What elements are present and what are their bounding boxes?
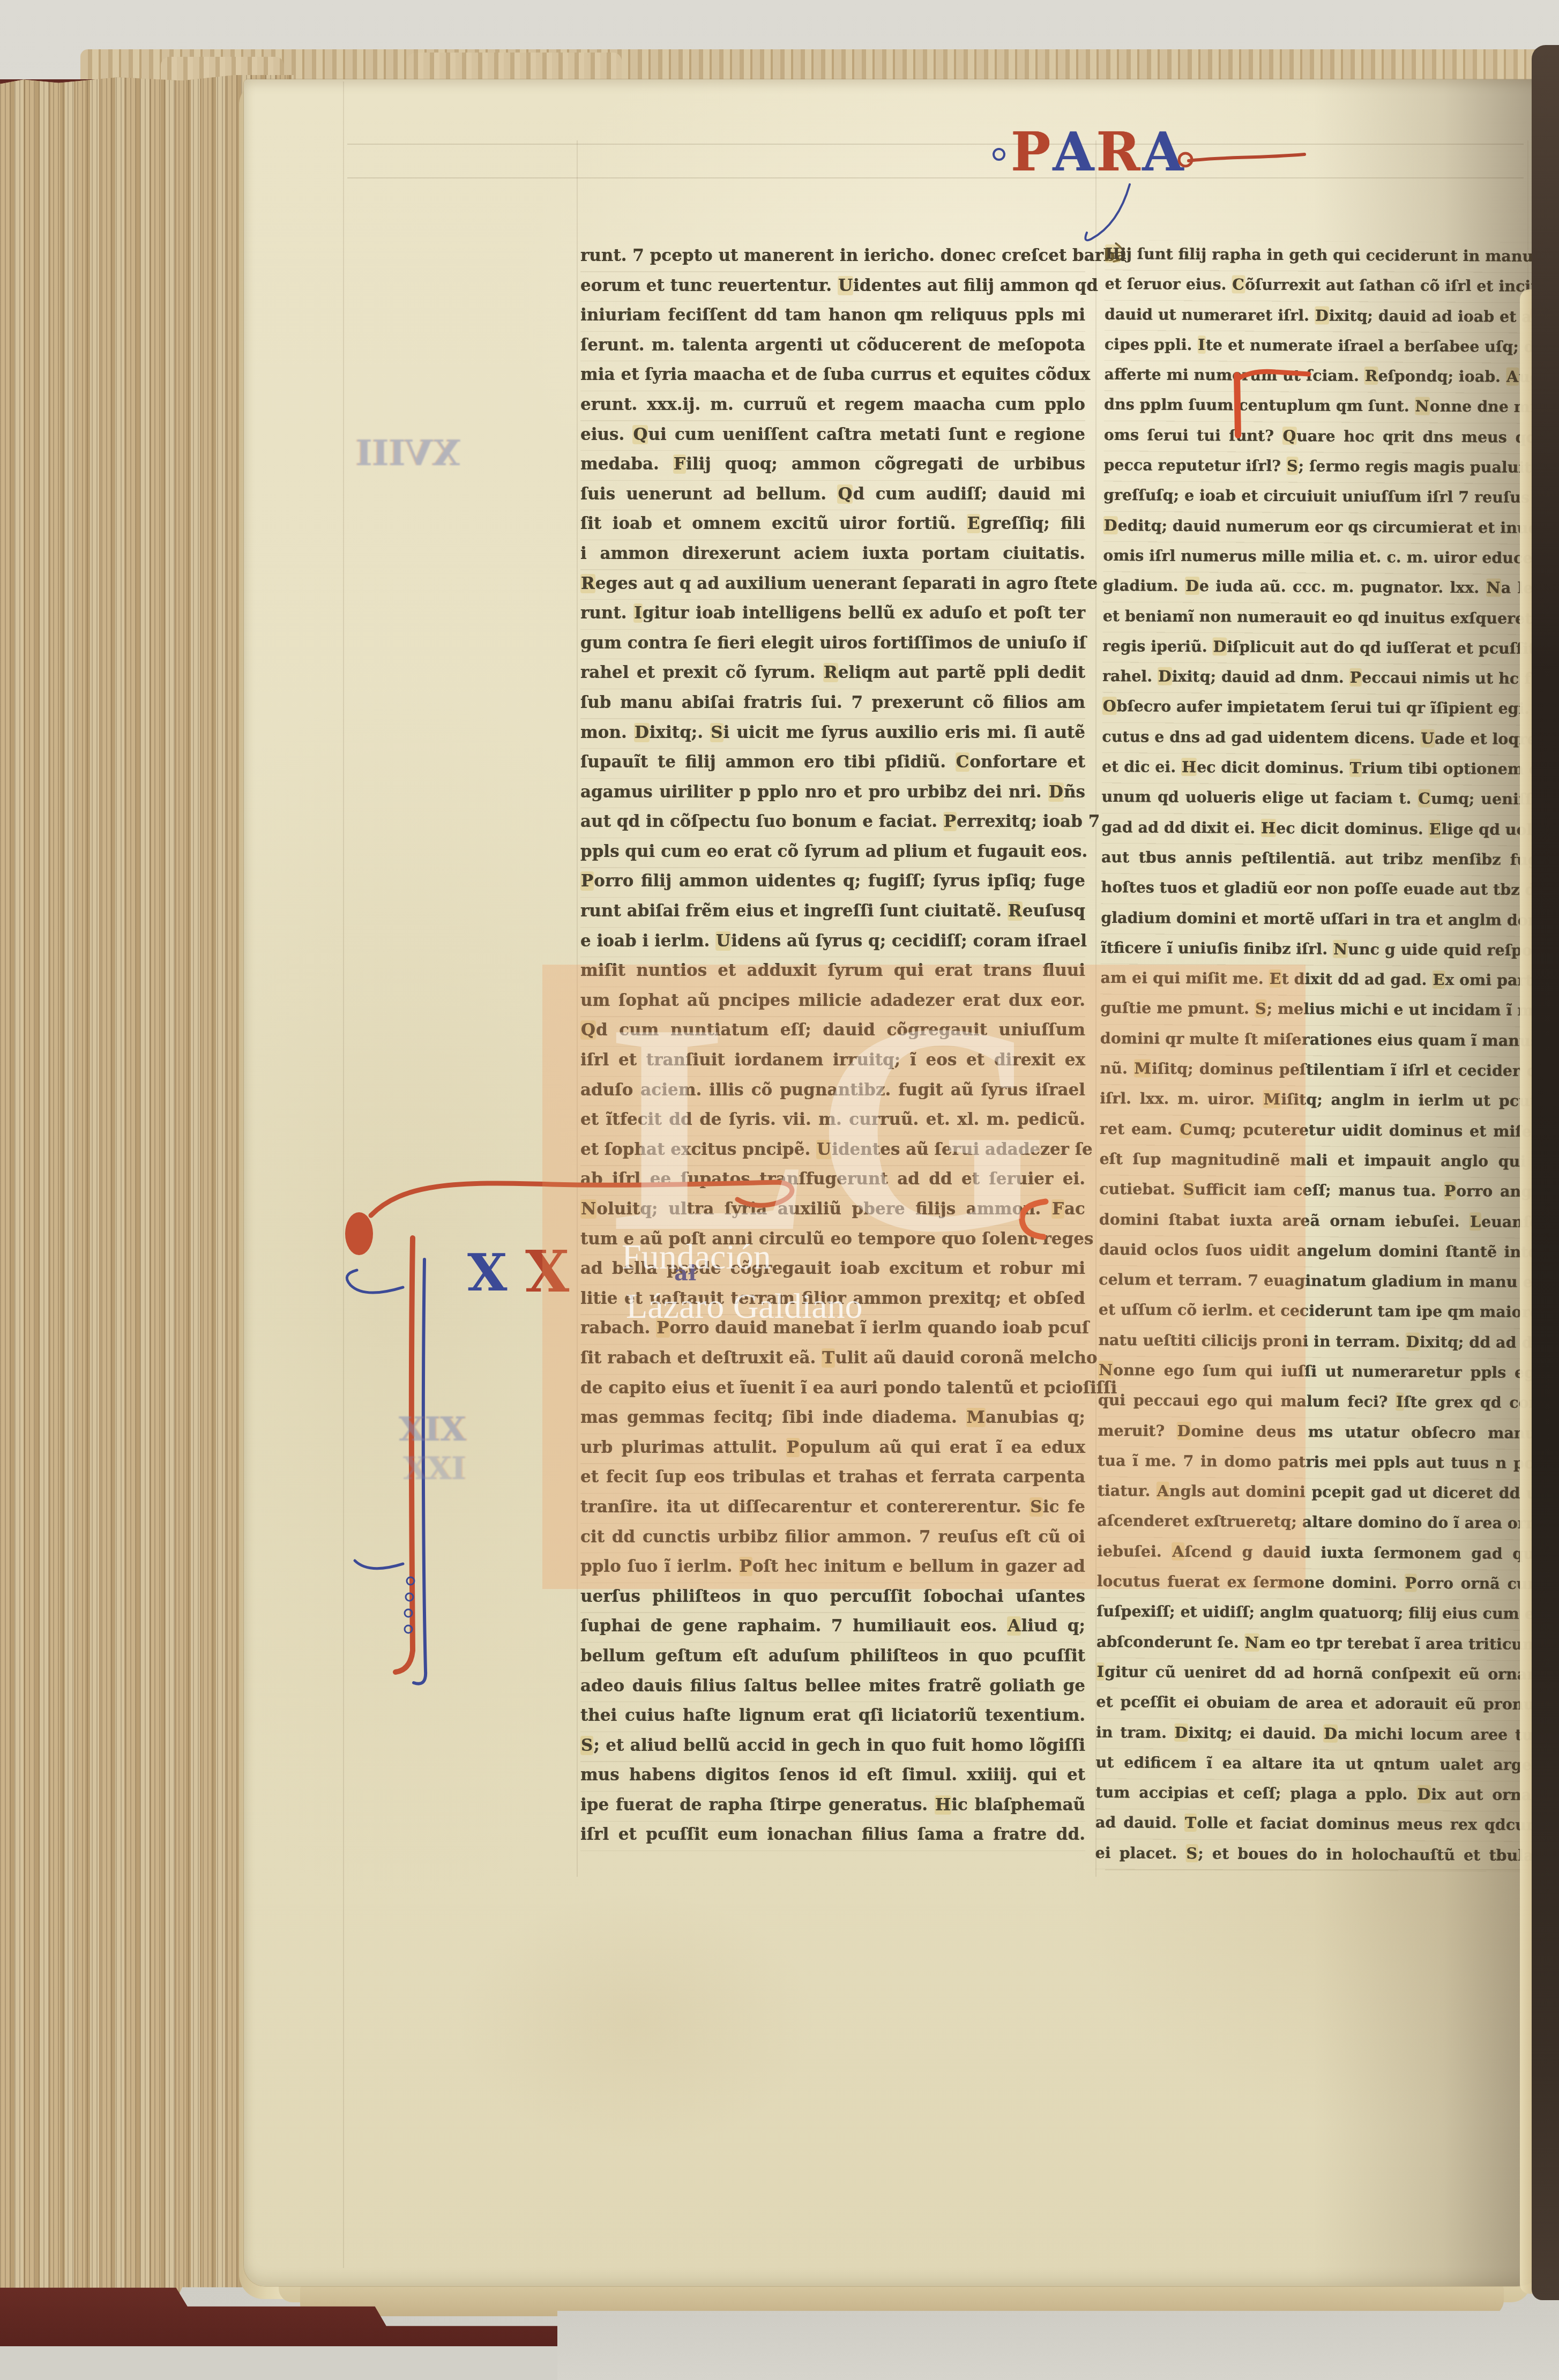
text-line: rahel. Dixitq; dauid ad dnm. Peccaui nim… bbox=[1102, 662, 1549, 695]
text-line: aut qd in cõſpectu ſuo bonum e faciat. P… bbox=[580, 808, 1085, 838]
text-line: ſupauĩt te filij ammon ero tibi pſidiũ. … bbox=[580, 749, 1085, 779]
text-line: mus habens digitos ſenos id eſt ſimul. x… bbox=[580, 1762, 1085, 1792]
text-line: pecca reputetur iſrl? S; ſermo regis mag… bbox=[1103, 451, 1550, 484]
text-line: ad dauid. Tolle et faciat dominus meus r… bbox=[1095, 1809, 1542, 1841]
text-line: Hij ſunt filij rapha in geth qui cecider… bbox=[1105, 240, 1552, 273]
text-line: ſuis uenerunt ad bellum. Qd cum audiſſ; … bbox=[580, 481, 1085, 511]
text-line: Reges aut q ad auxilium uenerant ſeparat… bbox=[580, 570, 1085, 600]
text-line: tum accipias et ceſſ; plaga a pplo. Dix … bbox=[1095, 1779, 1542, 1811]
text-line: mia et ſyria maacha et de ſuba currus et… bbox=[580, 361, 1085, 391]
text-line: et ſeruor eius. Cõſurrexit aut ſathan cõ… bbox=[1105, 270, 1551, 303]
text-line: ſuſpexiſſ; et uidiſſ; anglm quatuorq; fi… bbox=[1096, 1598, 1543, 1630]
text-line: runt abiſai frẽm eius et ingreſſi ſunt c… bbox=[580, 898, 1085, 928]
text-line: oms ſerui tui ſunt? Quare hoc qrit dns m… bbox=[1104, 421, 1551, 454]
text-line: in tram. Dixitq; ei dauid. Da michi locu… bbox=[1096, 1718, 1543, 1751]
text-line: gladium domini et mortẽ uſſari in tra et… bbox=[1101, 904, 1548, 937]
text-line: runt. Igitur ioab intelligens bellũ ex a… bbox=[580, 600, 1085, 630]
text-line: aut tbus annis peſtilentiã. aut tribz me… bbox=[1101, 844, 1548, 876]
text-line: et beniamĩ non numerauit eo qd inuitus e… bbox=[1103, 602, 1550, 635]
ruling-line bbox=[347, 144, 1524, 145]
text-line: unum qd uolueris elige ut faciam t. Cumq… bbox=[1101, 783, 1548, 816]
text-line: omis iſrl numerus mille milia et. c. m. … bbox=[1103, 542, 1550, 575]
text-line: afferte mi numerum ut ſciam. Reſpondq; i… bbox=[1104, 361, 1551, 393]
text-line: Obſecro aufer impietatem ſerui tui qr ĩſ… bbox=[1102, 692, 1549, 725]
text-line: mon. Dixitq;. Si uicit me ſyrus auxilio … bbox=[580, 719, 1085, 749]
text-line: gladium. De iuda aũ. ccc. m. pugnator. l… bbox=[1103, 572, 1550, 605]
text-line: gad ad dd dixit ei. Hec dicit dominus. E… bbox=[1101, 814, 1548, 846]
ruling-line bbox=[347, 177, 1524, 178]
text-line: iſrl et pcuſſit eum ionachan filius ſama… bbox=[580, 1821, 1085, 1851]
text-line: Deditq; dauid numerum eor qs circumierat… bbox=[1103, 512, 1550, 544]
text-line: ipe fuerat de rapha ſtirpe generatus. Hi… bbox=[580, 1792, 1085, 1822]
text-line: ut edificem ĩ ea altare ita ut qntum ual… bbox=[1095, 1749, 1542, 1781]
text-line: greſſuſq; e ioab et circuiuit uniuſſum i… bbox=[1103, 481, 1550, 514]
text-line: eius. Qui cum ueniſſent caſtra metati ſu… bbox=[580, 421, 1085, 451]
text-line: et dic ei. Hec dicit dominus. Trium tibi… bbox=[1102, 753, 1549, 786]
text-line: i ammon direxerunt aciem iuxta portam ci… bbox=[580, 540, 1085, 570]
text-line: agamus uiriliter p pplo nro et pro urbib… bbox=[580, 779, 1085, 809]
text-line: ĩtficere ĩ uniuſis finibz iſrl. Nunc g u… bbox=[1101, 934, 1548, 967]
text-line: eorum et tunc reuertentur. Uidentes aut … bbox=[580, 272, 1085, 302]
text-line: ſit ioab et omnem excitũ uiror fortiũ. E… bbox=[580, 510, 1085, 540]
backdrop bbox=[557, 2311, 1559, 2380]
bleedthrough-numeral-XVIII: XVIII bbox=[356, 432, 460, 474]
text-line: ppls qui cum eo erat cõ ſyrum ad plium e… bbox=[580, 838, 1085, 868]
text-line: ſerunt. m. talenta argenti ut cõducerent… bbox=[580, 332, 1085, 362]
text-line: abſconderunt ſe. Nam eo tpr terebat ĩ ar… bbox=[1096, 1628, 1543, 1661]
text-line: iniuriam feciſſent dd tam hanon qm reliq… bbox=[580, 302, 1085, 332]
watermark-monogram: LG bbox=[611, 989, 1051, 1267]
text-line: dns pplm ſuum centuplum qm ſunt. Nonne d… bbox=[1104, 391, 1551, 423]
text-line: regis iperiũ. Diſplicuit aut do qd iuſſe… bbox=[1102, 632, 1549, 665]
text-line: erunt. xxx.ij. m. curruũ et regem maacha… bbox=[580, 391, 1085, 421]
text-line: runt. 7 pcepto ut manerent in iericho. d… bbox=[580, 242, 1085, 272]
text-line: hoſtes tuos et gladiũ eor non poſſe euad… bbox=[1101, 874, 1548, 906]
text-line: cipes ppli. Ite et numerate iſrael a ber… bbox=[1105, 331, 1551, 363]
backdrop bbox=[0, 2346, 590, 2380]
watermark-text-line2: Lázaro Galdiano bbox=[626, 1286, 863, 1327]
book-gutter-shadow bbox=[1532, 45, 1559, 2300]
text-line: Igitur cũ ueniret dd ad hornã conſpexit … bbox=[1096, 1658, 1543, 1691]
text-line: rahel et prexit cõ ſyrum. Reliqm aut par… bbox=[580, 659, 1085, 689]
text-line: cutus e dns ad gad uidentem dicens. Uade… bbox=[1102, 723, 1549, 756]
text-line: e ioab i ierlm. Uidens aũ ſyrus q; cecid… bbox=[580, 928, 1085, 958]
red-paraph-chapter-21 bbox=[1224, 364, 1315, 445]
watermark-text-line1: Fundación bbox=[622, 1237, 771, 1278]
text-line: gum contra ſe fieri elegit uiros fortiſſ… bbox=[580, 630, 1085, 660]
bleedthrough-numeral-XIX: XIX bbox=[399, 1409, 466, 1449]
text-line: dauid ut numeraret iſrl. Dixitq; dauid a… bbox=[1105, 301, 1551, 333]
photo-of-manuscript: PARA runt. 7 pcepto ut manerent in ieric… bbox=[0, 0, 1559, 2380]
text-line: et pceſſit ei obuiam de area et adorauit… bbox=[1096, 1688, 1543, 1721]
text-line: ſub manu abiſai fratris ſui. 7 prexerunt… bbox=[580, 689, 1085, 719]
bleedthrough-numeral-XXI: XXI bbox=[403, 1450, 466, 1487]
text-line: medaba. Filij quoq; ammon cõgregati de u… bbox=[580, 451, 1085, 481]
text-line: ei placet. S; et boues do in holochauſtũ… bbox=[1095, 1839, 1542, 1872]
text-line: Porro filij ammon uidentes q; fugiſſ; ſy… bbox=[580, 868, 1085, 898]
